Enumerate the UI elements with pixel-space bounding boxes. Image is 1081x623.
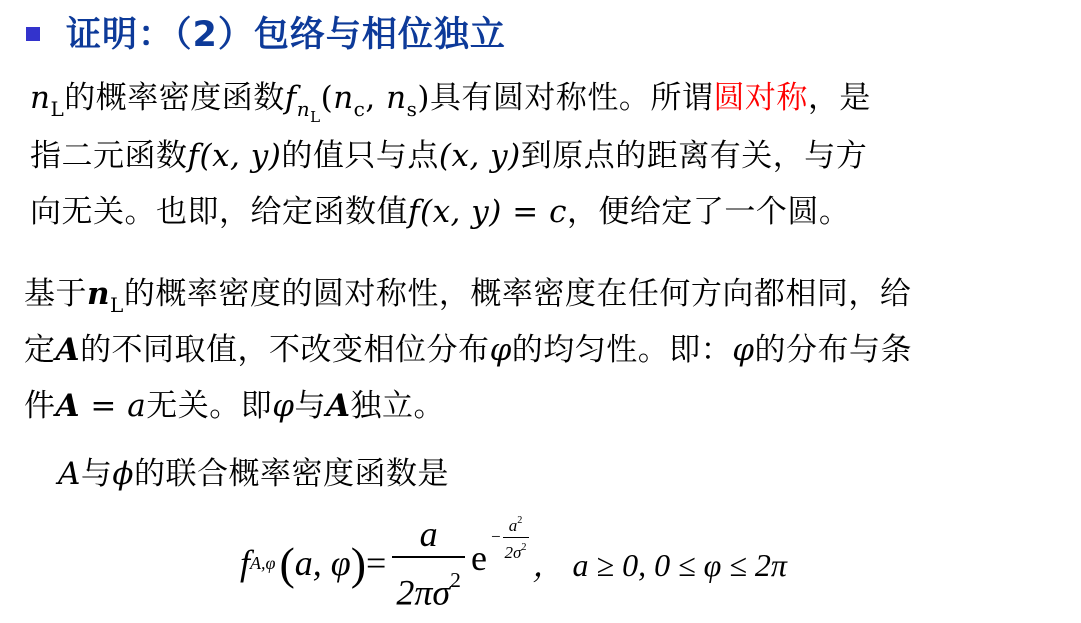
fraction-denominator: 2πσ2	[392, 556, 465, 612]
math-n: n	[30, 80, 50, 116]
text: 定	[24, 332, 56, 368]
math-A: A	[56, 332, 81, 368]
paragraph-1-line-3: 向无关。也即，给定函数值f(x, y) = c，便给定了一个圆。	[30, 192, 850, 232]
formula-subscript: A,φ	[250, 553, 275, 574]
math-equals: =	[80, 388, 127, 424]
formula-exponential: e − a2 2σ2	[471, 537, 529, 588]
math-A: A	[58, 456, 81, 492]
text: 向无关。也即，给定函数值	[30, 194, 408, 230]
joint-pdf-formula: fA,φ(a, φ) = a 2πσ2 e − a2 2σ2 ， a ≥ 0, …	[240, 508, 787, 618]
text: 与	[81, 456, 113, 492]
text: 的不同取值，不改变相位分布	[80, 332, 490, 368]
math-phi: φ	[490, 332, 512, 368]
paragraph-2-line-3: 件A = a无关。即φ与A独立。	[24, 386, 445, 426]
math-A: A	[326, 388, 351, 424]
math-paren-open: (	[321, 80, 334, 116]
denominator-exponent: 2	[450, 568, 461, 592]
math-arg2: n	[386, 80, 406, 116]
exponent-fraction: a2 2σ2	[503, 511, 529, 562]
math-expression: (x, y)	[439, 138, 521, 174]
paragraph-1-line-2: 指二元函数f(x, y)的值只与点(x, y)到原点的距离有关，与方	[30, 136, 867, 176]
math-A: A	[56, 388, 81, 424]
text: 的概率密度函数	[64, 80, 285, 116]
denominator-text: 2πσ	[396, 572, 450, 612]
paragraph-2-line-1: 基于nL的概率密度的圆对称性，概率密度在任何方向都相同，给	[24, 274, 911, 325]
exp-num-pow: 2	[517, 515, 522, 526]
math-expression: f(x, y)	[188, 138, 282, 174]
text: 到原点的距离有关，与方	[521, 138, 868, 174]
paragraph-2-line-2: 定A的不同取值，不改变相位分布φ的均匀性。即：φ的分布与条	[24, 330, 912, 370]
text: 基于	[24, 276, 87, 312]
math-arg1-sub: c	[354, 97, 366, 121]
text: 的概率密度的圆对称性，概率密度在任何方向都相同，给	[124, 276, 912, 312]
math-subsubscript: L	[310, 108, 320, 126]
slide-title-row: 证明：（2）包络与相位独立	[26, 6, 506, 58]
math-arg1: n	[333, 80, 353, 116]
exponent-denominator: 2σ2	[503, 537, 529, 563]
math-phi: φ	[732, 332, 754, 368]
text: 独立。	[351, 388, 446, 424]
formula-lparen: (	[279, 537, 294, 590]
text: 具有圆对称性。所谓	[430, 80, 714, 116]
text: 指二元函数	[30, 138, 188, 174]
math-subscript: L	[110, 293, 124, 317]
math-phi: φ	[272, 388, 294, 424]
math-n: n	[87, 276, 110, 312]
text: 件	[24, 388, 56, 424]
math-arg2-sub: s	[407, 97, 418, 121]
square-bullet-icon	[26, 27, 40, 41]
exponent: − a2 2σ2	[491, 511, 529, 562]
formula-f: f	[240, 542, 250, 584]
slide-title: 证明：（2）包络与相位独立	[66, 7, 506, 57]
formula-e: e	[471, 537, 487, 579]
math-equals: =	[502, 194, 549, 230]
text: 的联合概率密度函数是	[134, 456, 449, 492]
exponent-minus: −	[491, 527, 501, 547]
exp-den-var: 2σ	[505, 543, 522, 562]
formula-equals: =	[366, 542, 386, 584]
math-comma: ,	[365, 80, 386, 116]
math-c: c	[549, 194, 567, 230]
formula-args: a, φ	[295, 542, 351, 584]
highlight-circular-symmetry: 圆对称	[713, 80, 808, 116]
exponent-numerator: a2	[509, 511, 523, 536]
math-a: a	[127, 388, 146, 424]
math-f: f	[285, 80, 297, 116]
math-phi: ϕ	[112, 456, 134, 492]
math-paren-close: )	[417, 80, 430, 116]
math-subscript: L	[50, 97, 64, 121]
text: 无关。即	[146, 388, 272, 424]
formula-fraction: a 2πσ2	[392, 514, 465, 612]
exp-den-pow: 2	[521, 542, 526, 553]
formula-condition: ， a ≥ 0, 0 ≤ φ ≤ 2π	[533, 540, 787, 586]
text: ，便给定了一个圆。	[567, 194, 851, 230]
fraction-numerator: a	[420, 514, 438, 556]
exp-num-var: a	[509, 517, 518, 536]
paragraph-1-line-1: nL的概率密度函数fnL(nc, ns)具有圆对称性。所谓圆对称，是	[30, 78, 871, 137]
math-expression: f(x, y)	[408, 194, 502, 230]
math-subscript-n: n	[297, 97, 310, 121]
paragraph-3: A与ϕ的联合概率密度函数是	[58, 454, 449, 494]
text: 的分布与条	[755, 332, 913, 368]
text: 的均匀性。即：	[512, 332, 733, 368]
text: ，是	[808, 80, 871, 116]
text: 与	[294, 388, 326, 424]
text: 的值只与点	[281, 138, 439, 174]
formula-rparen: )	[351, 537, 366, 590]
